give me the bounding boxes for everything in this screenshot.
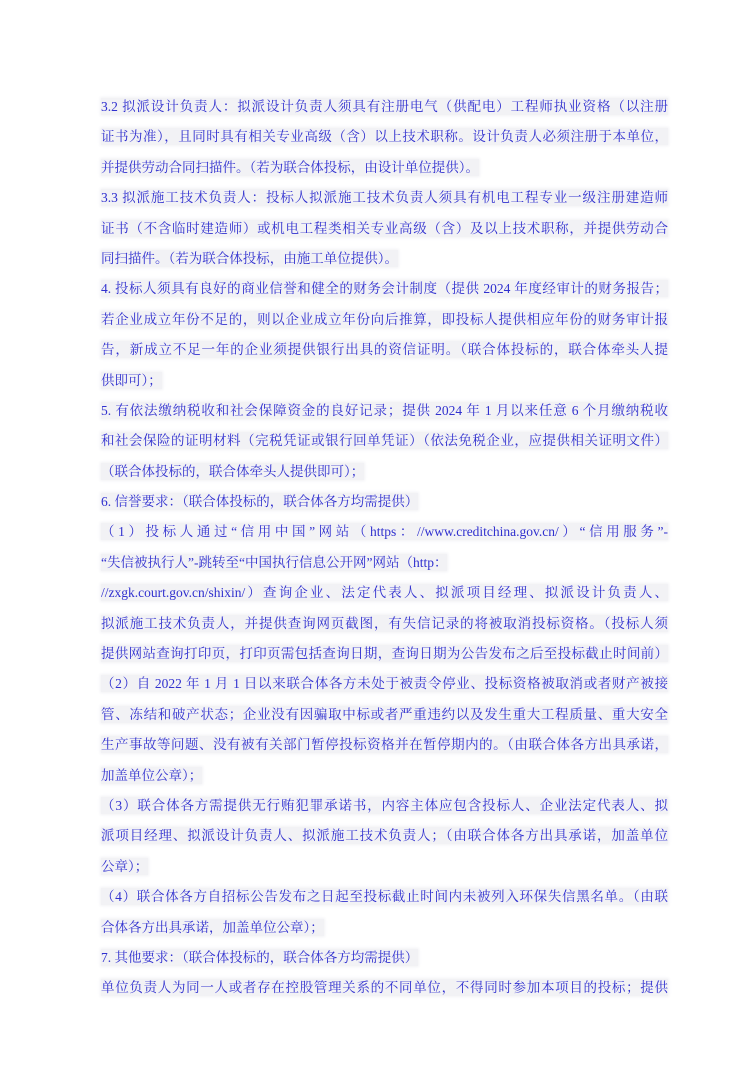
text-line: 并提供劳动合同扫描件。（若为联合体投标，由设计单位提供）。 — [101, 153, 668, 183]
text-line: 和社会保险的证明材料（完税凭证或银行回单凭证）（依法免税企业，应提供相关证明文件… — [101, 426, 668, 456]
paragraph-4: 4. 投标人须具有良好的商业信誉和健全的财务会计制度（提供 2024 年度经审计… — [101, 274, 668, 396]
paragraph-6-2: （2）自 2022 年 1 月 1 日以来联合体各方未处于被责令停业、投标资格被… — [101, 669, 668, 791]
text-line: 3.3 拟派施工技术负责人：投标人拟派施工技术负责人须具有机电工程专业一级注册建… — [101, 183, 668, 213]
text-line: 生产事故等问题、没有被有关部门暂停投标资格并在暂停期内的。（由联合体各方出具承诺… — [101, 730, 668, 760]
paragraph-6-3: （3）联合体各方需提供无行贿犯罪承诺书，内容主体应包含投标人、企业法定代表人、拟… — [101, 791, 668, 882]
text-line: 提供网站查询打印页，打印页需包括查询日期，查询日期为公告发布之后至投标截止时间前… — [101, 639, 668, 669]
text-line: （3）联合体各方需提供无行贿犯罪承诺书，内容主体应包含投标人、企业法定代表人、拟 — [101, 791, 668, 821]
paragraph-3.2: 3.2 拟派设计负责人：拟派设计负责人须具有注册电气（供配电）工程师执业资格（以… — [101, 92, 668, 183]
text-line: 6. 信誉要求：（联合体投标的，联合体各方均需提供） — [101, 487, 668, 517]
text-line: 单位负责人为同一人或者存在控股管理关系的不同单位，不得同时参加本项目的投标；提供 — [101, 973, 668, 1003]
text-line: 3.2 拟派设计负责人：拟派设计负责人须具有注册电气（供配电）工程师执业资格（以… — [101, 92, 668, 122]
paragraph-6-1: （1）投标人通过“信用中国”网站（https：//www.creditchina… — [101, 517, 668, 669]
text-line: 公章）； — [101, 852, 668, 882]
document-page: 3.2 拟派设计负责人：拟派设计负责人须具有注册电气（供配电）工程师执业资格（以… — [0, 0, 754, 1073]
text-line: 证书为准），且同时具有相关专业高级（含）以上技术职称。设计负责人必须注册于本单位… — [101, 122, 668, 152]
text-line: 合体各方出具承诺，加盖单位公章）； — [101, 913, 668, 943]
text-line: 同扫描件。（若为联合体投标，由施工单位提供）。 — [101, 244, 668, 274]
paragraph-7: 7. 其他要求：（联合体投标的，联合体各方均需提供） — [101, 943, 668, 973]
paragraph-6-4: （4）联合体各方自招标公告发布之日起至投标截止时间内未被列入环保失信黑名单。（由… — [101, 882, 668, 943]
text-line: （联合体投标的，联合体牵头人提供即可）； — [101, 457, 668, 487]
text-line: 供即可）； — [101, 366, 668, 396]
text-line: 派项目经理、拟派设计负责人、拟派施工技术负责人；（由联合体各方出具承诺，加盖单位 — [101, 821, 668, 851]
text-line: 告，新成立不足一年的企业须提供银行出具的资信证明。（联合体投标的，联合体牵头人提 — [101, 335, 668, 365]
text-line: （1）投标人通过“信用中国”网站（https：//www.creditchina… — [101, 517, 668, 547]
paragraph-5: 5. 有依法缴纳税收和社会保障资金的良好记录；提供 2024 年 1 月以来任意… — [101, 396, 668, 487]
text-line: 5. 有依法缴纳税收和社会保障资金的良好记录；提供 2024 年 1 月以来任意… — [101, 396, 668, 426]
text-line: 拟派施工技术负责人，并提供查询网页截图，有失信记录的将被取消投标资格。（投标人须 — [101, 609, 668, 639]
text-line: 管、冻结和破产状态；企业没有因骗取中标或者严重违约以及发生重大工程质量、重大安全 — [101, 700, 668, 730]
text-line: 证书（不含临时建造师）或机电工程类相关专业高级（含）及以上技术职称，并提供劳动合 — [101, 214, 668, 244]
text-line: 7. 其他要求：（联合体投标的，联合体各方均需提供） — [101, 943, 668, 973]
text-line: //zxgk.court.gov.cn/shixin/）查询企业、法定代表人、拟… — [101, 578, 668, 608]
text-line: 加盖单位公章）； — [101, 761, 668, 791]
text-line: 4. 投标人须具有良好的商业信誉和健全的财务会计制度（提供 2024 年度经审计… — [101, 274, 668, 304]
paragraph-7-body: 单位负责人为同一人或者存在控股管理关系的不同单位，不得同时参加本项目的投标；提供 — [101, 973, 668, 1003]
text-line: “失信被执行人”-跳转至“中国执行信息公开网”网站（http： — [101, 548, 668, 578]
text-column: 3.2 拟派设计负责人：拟派设计负责人须具有注册电气（供配电）工程师执业资格（以… — [101, 92, 668, 1004]
paragraph-3.3: 3.3 拟派施工技术负责人：投标人拟派施工技术负责人须具有机电工程专业一级注册建… — [101, 183, 668, 274]
text-line: 若企业成立年份不足的，则以企业成立年份向后推算，即投标人提供相应年份的财务审计报 — [101, 305, 668, 335]
paragraph-6: 6. 信誉要求：（联合体投标的，联合体各方均需提供） — [101, 487, 668, 517]
text-line: （4）联合体各方自招标公告发布之日起至投标截止时间内未被列入环保失信黑名单。（由… — [101, 882, 668, 912]
text-line: （2）自 2022 年 1 月 1 日以来联合体各方未处于被责令停业、投标资格被… — [101, 669, 668, 699]
